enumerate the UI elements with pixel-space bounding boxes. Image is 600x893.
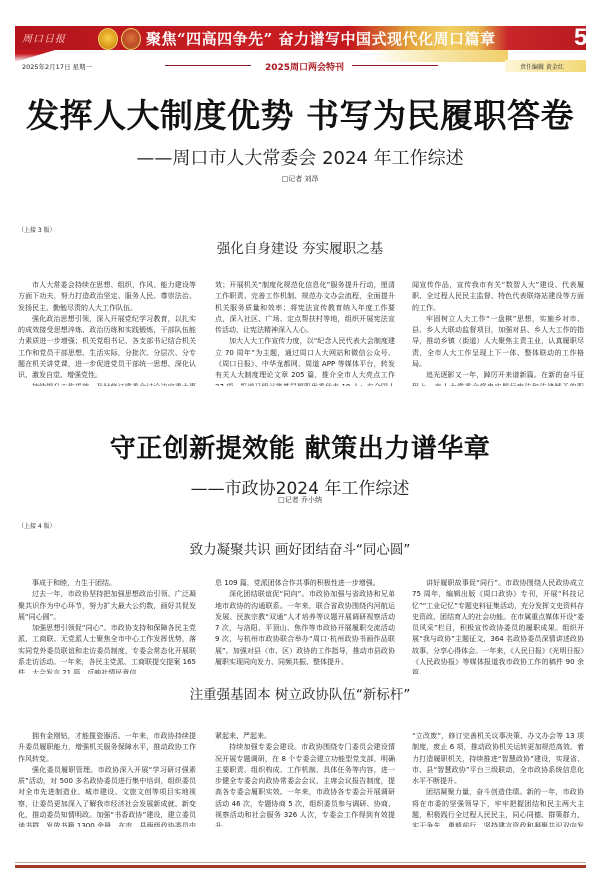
page-number: 5 [574, 26, 587, 50]
paragraph: 深化团结联谊促“同向”。市政协加强与省政协和兄弟地市政协的沟通联系。一年来，联合… [215, 589, 395, 668]
article2-section2-column-3: “立改废”，修订完善机关议事决策、办文办会等 13 项制度，废止 6 项，推动政… [412, 731, 584, 827]
article2-section1-title: 致力凝聚共识 画好团结奋斗“同心圆” [0, 538, 600, 558]
paragraph: 过去一年，市政协坚持把加强思想政治引领、广泛凝聚共识作为中心环节，努力扩大最大公… [18, 589, 196, 623]
special-issue-label: 2025周口两会特刊 [265, 60, 344, 73]
paragraph: 紧起来、严起来。 [215, 731, 395, 742]
article2-section2-title: 注重强基固本 树立政协队伍“新标杆” [0, 683, 600, 703]
issue-date: 2025年2月17日 星期一 [22, 62, 92, 71]
paragraph: 市人大常委会持续在思想、组织、作风、能力建设等方面下功夫，努力打造政治坚定、服务… [18, 280, 196, 314]
editor-credit: 责任编辑 黄金红 [520, 62, 564, 71]
divider-right [352, 65, 438, 66]
article2-section2-column-1: 拥有金刚钻，才能揽瓷器活。一年来，市政协持续提升委员履职能力，增强机关服务保障水… [18, 731, 196, 827]
article1-column-2: 效；开展机关“制度化规范化信息化”服务提升行动，厘清工作职责、完善工作机制、规范… [215, 280, 395, 386]
footer-rule-thick [15, 865, 586, 868]
masthead-underband [15, 50, 508, 62]
paragraph: 拥有金刚钻，才能揽瓷器活。一年来，市政协持续提升委员履职能力，增强机关服务保障水… [18, 731, 196, 765]
paragraph: 持续加强专委会建设。市政协围绕专门委员会建设情况开展专题调研，在 8 个专委会建… [215, 742, 395, 827]
paragraph: 强化委员履职管理。市政协深入开展“学习研讨强素质”活动，对 500 多名政协委员… [18, 765, 196, 827]
article2-section1-column-2: 息 109 篇，党派团体合作共事的积极性进一步增强。 深化团结联谊促“同向”。市… [215, 578, 395, 674]
paragraph: 牢固树立人大工作“一盘棋”思想，实施乡对市、县、乡人大联动监督项目，加强对县、乡… [412, 314, 584, 370]
paragraph: 息 109 篇，党派团体合作共事的积极性进一步增强。 [215, 578, 395, 589]
article1-section-title: 强化自身建设 夯实履职之基 [0, 237, 600, 257]
paragraph: 加强思想引领促“同心”。市政协支持和保障各民主党派、工商联、无党派人士聚焦全市中… [18, 623, 196, 674]
paragraph: 事成于和睦，力生于团结。 [18, 578, 196, 589]
footer-rule-thin [15, 862, 586, 863]
paragraph: 持续提升工作质效，及时修订常委会讨论决定重大事项的规定、主任会议议事规则、加强督… [18, 382, 196, 386]
article1-continued-note: （上接 3 版） [18, 225, 56, 234]
paragraph: 强化政治思想引领，深入开展党纪学习教育，以扎实的成效接受思想淬炼、政治历练和实践… [18, 314, 196, 382]
paragraph: 加大人大工作宣传力度，以“纪念人民代表大会制度建立 70 周年”为主题，通过周口… [215, 336, 395, 386]
paragraph: 效；开展机关“制度化规范化信息化”服务提升行动，厘清工作职责、完善工作机制、规范… [215, 280, 395, 336]
article1-column-3: 闻宣传作品，宣传我市有关“数智人大”建设、代表履职、全过程人民民主监督、特色代表… [412, 280, 584, 386]
article2-byline: □记者 乔小纳 [0, 495, 600, 505]
article2-section1-column-1: 事成于和睦，力生于团结。 过去一年，市政协坚持把加强思想政治引领、广泛凝聚共识作… [18, 578, 196, 674]
paragraph: 团结凝聚力量，奋斗创造佳绩。新的一年，市政协将在市委的坚强领导下，牢牢把握团结和… [412, 787, 584, 827]
divider-left [165, 65, 251, 66]
paragraph: 讲好履职故事促“同行”。市政协围绕人民政协成立 75 周年，编辑出版《周口政协》… [412, 578, 584, 674]
banner-title: 聚焦“四高四争先” 奋力谱写中国式现代化周口篇章 [146, 28, 495, 49]
paragraph: 闻宣传作品，宣传我市有关“数智人大”建设、代表履职、全过程人民民主监督、特色代表… [412, 280, 584, 314]
article2-continued-note: （上接 4 版） [18, 521, 56, 530]
article2-section1-column-3: 讲好履职故事促“同行”。市政协围绕人民政协成立 75 周年，编辑出版《周口政协》… [412, 578, 584, 674]
article1-byline: □记者 刘昂 [0, 174, 600, 184]
article1-column-1: 市人大常委会持续在思想、组织、作风、能力建设等方面下功夫，努力打造政治坚定、服务… [18, 280, 196, 386]
article1-headline: 发挥人大制度优势 书写为民履职答卷 [0, 90, 600, 137]
paragraph: “立改废”，修订完善机关议事决策、办文办会等 13 项制度，废止 6 项，推动政… [412, 731, 584, 787]
article2-headline: 守正创新提效能 献策出力谱华章 [0, 428, 600, 465]
newspaper-logo: 周口日报 [22, 30, 66, 45]
paragraph: 追光逐影又一年，踔厉开来谱新篇。在新的奋斗征程上，市人大常委会将忠实履行宪法和法… [412, 370, 584, 386]
national-emblem-icon [98, 28, 118, 50]
article1-subhead: ——周口市人大常委会 2024 年工作综述 [0, 144, 600, 170]
cppcc-emblem-icon [121, 28, 141, 50]
article2-section2-column-2: 紧起来、严起来。 持续加强专委会建设。市政协围绕专门委员会建设情况开展专题调研，… [215, 731, 395, 827]
